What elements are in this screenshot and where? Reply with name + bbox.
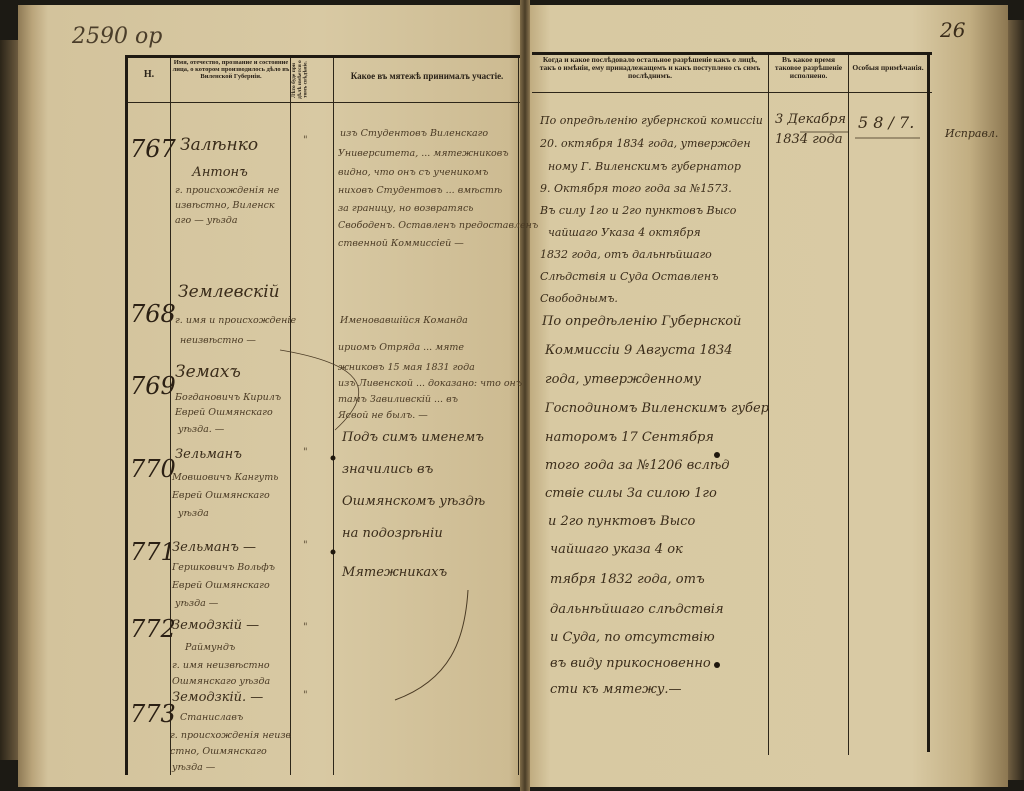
executed-date-line2: 1834 года xyxy=(775,132,843,147)
remarks-value: 5 8 / 7. xyxy=(858,113,914,132)
margin-note: Исправл. xyxy=(945,127,998,140)
executed-date-line1: 3 Декабря xyxy=(775,112,846,127)
